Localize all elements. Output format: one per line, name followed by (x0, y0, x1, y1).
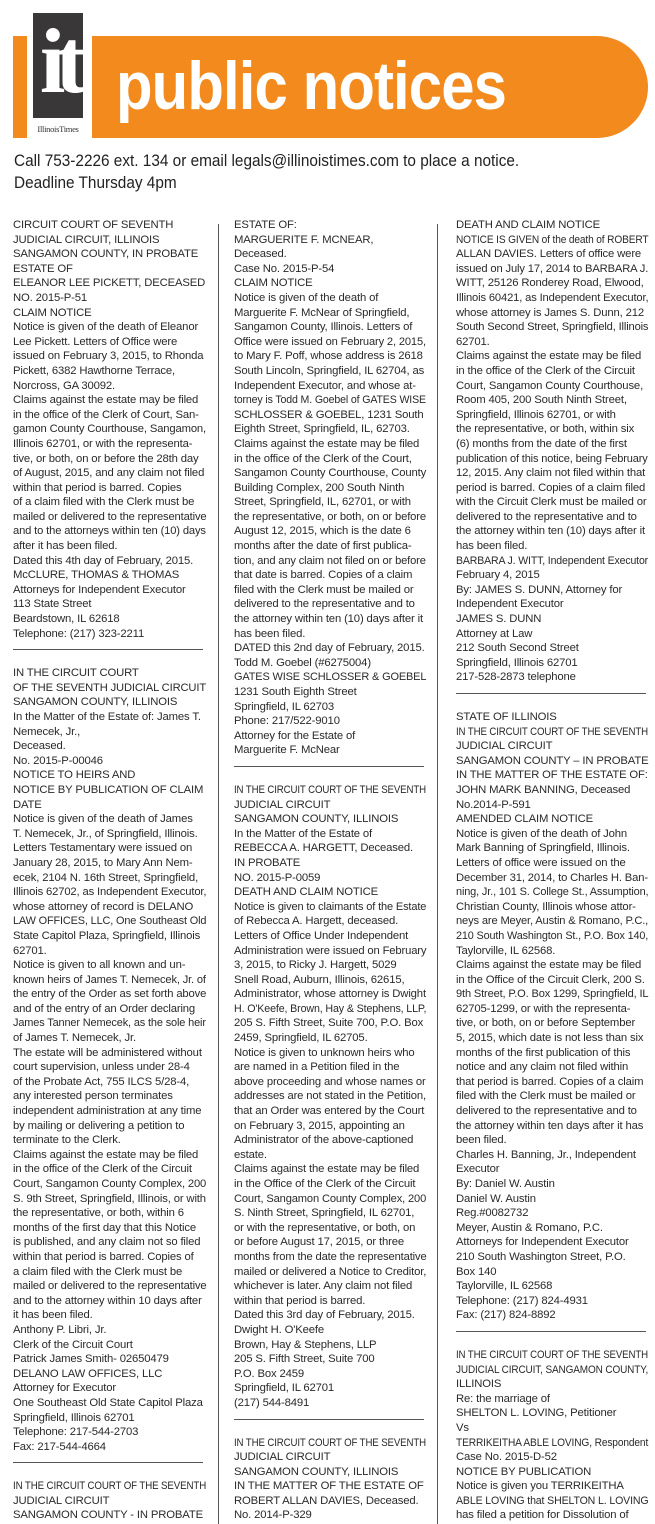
notice-line: 217-528-2873 telephone (456, 670, 648, 685)
notice-line: 210 South Washington St., P.O. Box 140, (456, 929, 640, 944)
legal-notice: STATE OF ILLINOISIN THE CIRCUIT COURT OF… (456, 710, 648, 1323)
legal-notice: CIRCUIT COURT OF SEVENTHJUDICIAL CIRCUIT… (13, 218, 206, 641)
notice-line: James Tanner Nemecek, as the sole heir (13, 1016, 200, 1031)
notice-line: Brown, Hay & Stephens, LLP (234, 1338, 426, 1353)
notice-line: DATED this 2nd day of February, 2015. (234, 641, 426, 656)
notice-separator (234, 1419, 424, 1420)
notice-line: mailed or delivered a Notice to Creditor… (234, 1265, 426, 1280)
notice-line: JUDICIAL CIRCUIT, SANGAMON COUNTY, (456, 1363, 626, 1378)
notice-line: Case No. 2015-P-54 (234, 262, 426, 277)
notice-line: IN THE CIRCUIT COURT (13, 666, 206, 681)
masthead: it IllinoisTimes public notices (0, 0, 655, 140)
notice-line: in the office of the Clerk of the Circui… (13, 1162, 206, 1177)
notice-line: in the Office of the Clerk of the Circui… (234, 1177, 426, 1192)
notice-line: H. O'Keefe, Brown, Hay & Stephens, LLP, (234, 1002, 416, 1017)
notice-line: TERRIKEITHA ABLE LOVING, Respondent (456, 1436, 629, 1451)
notice-separator (456, 693, 646, 694)
notice-line: In the Matter of the Estate of: James T. (13, 710, 206, 725)
notice-line: JUDICIAL CIRCUIT (13, 1494, 206, 1509)
notice-line: WITT, 25126 Ronderey Road, Elwood, (456, 276, 648, 291)
notice-line: IN THE CIRCUIT COURT OF THE SEVENTH (234, 1436, 399, 1451)
notice-line: of Rebecca A. Hargett, deceased. (234, 914, 426, 929)
notice-line: has been filed. (456, 539, 648, 554)
notice-line: known heirs of James T. Nemecek, Jr. of (13, 973, 202, 988)
notice-line: No.2014-P-591 (456, 798, 648, 813)
notice-line: Norcross, GA 30092. (13, 379, 206, 394)
notice-line: delivered to the representative and to (234, 597, 426, 612)
notice-line: 113 State Street (13, 597, 206, 612)
notice-line: Claims against the estate may be filed (456, 958, 648, 973)
notice-line: CLAIM NOTICE (234, 276, 426, 291)
notice-line: REBECCA A. HARGETT, Deceased. (234, 841, 426, 856)
notice-line: Attorneys for Independent Executor (13, 583, 206, 598)
notice-line: Eighth Street, Springfield, IL, 62703. (234, 422, 426, 437)
notice-line: ecek, 2104 N. 16th Street, Springfield, (13, 871, 206, 886)
notice-line: in the office of the Clerk of the Circui… (456, 364, 648, 379)
notice-line: Taylorville, IL 62568. (456, 944, 648, 959)
notice-line: Letters of office were issued on the (456, 856, 648, 871)
notice-line: Claims against the estate may be filed (13, 393, 206, 408)
notice-line: South Lincoln, Springfield, IL 62704, as (234, 364, 426, 379)
notice-line: JUDICIAL CIRCUIT, ILLINOIS (13, 233, 206, 248)
notice-line: Springfield, IL 62703 (234, 700, 426, 715)
notice-line: 205 S. Fifth Street, Suite 700 (234, 1352, 426, 1367)
notice-line: (6) months from the date of the first (456, 437, 648, 452)
notice-separator (13, 1462, 203, 1463)
notice-line: SANGAMON COUNTY, ILLINOIS (13, 695, 206, 710)
notice-line: Office were issued on February 2, 2015, (234, 335, 423, 350)
notice-line: it has been filed. (13, 1308, 206, 1323)
notice-line: Case No. 2015-D-52 (456, 1450, 648, 1465)
notice-line: Patrick James Smith- 02650479 (13, 1352, 206, 1367)
notice-line: GATES WISE SCHLOSSER & GOEBEL (234, 670, 420, 685)
notice-line: Snell Road, Auburn, Illinois, 62615, (234, 973, 426, 988)
notice-line: Lee Pickett. Letters of Office were (13, 335, 206, 350)
notice-line: Taylorville, IL 62568 (456, 1279, 648, 1294)
notice-line: a claim filed with the Clerk must be (13, 1265, 206, 1280)
notice-line: T. Nemecek, Jr., of Springfield, Illinoi… (13, 827, 206, 842)
notice-line: Charles H. Banning, Jr., Independent (456, 1148, 648, 1163)
notice-line: has been filed. (234, 627, 426, 642)
notice-line: the attorney within ten (10) days after … (456, 524, 648, 539)
notice-line: been filed. (456, 1133, 648, 1148)
notice-line: By: JAMES S. DUNN, Attorney for (456, 583, 648, 598)
notice-line: Letters Testamentary were issued on (13, 841, 206, 856)
notice-line: 12, 2015. Any claim not filed within tha… (456, 466, 648, 481)
notice-line: delivered to the representative and to (456, 1104, 648, 1119)
notice-line: Attorney at Law (456, 627, 648, 642)
notice-line: months from the date the representative (234, 1250, 424, 1265)
notice-line: No. 2015-P-00046 (13, 754, 206, 769)
notice-line: January 28, 2015, to Mary Ann Nem- (13, 856, 206, 871)
notice-line: mailed or delivered to the representativ… (13, 1279, 204, 1294)
notice-line: NOTICE IS GIVEN of the death of ROBERT (456, 233, 628, 248)
column-divider (437, 224, 438, 1524)
notice-line: Anthony P. Libri, Jr. (13, 1323, 206, 1338)
notice-line: addresses are not stated in the Petition… (234, 1089, 425, 1104)
deadline-line: Deadline Thursday 4pm (14, 172, 609, 194)
notice-line: above proceeding and whose names or (234, 1075, 425, 1090)
notice-line: with the Circuit Clerk must be mailed or (456, 495, 648, 510)
notice-line: within that period is barred. Copies (13, 481, 206, 496)
notice-line: that an Order was entered by the Court (234, 1104, 426, 1119)
logo-it-mark: it (33, 13, 83, 118)
notice-line: Executor (456, 1162, 648, 1177)
notice-separator (13, 649, 203, 650)
notice-line: months of the first day that this Notice (13, 1221, 206, 1236)
notice-line: DEATH AND CLAIM NOTICE (456, 218, 648, 233)
notice-line: IN THE MATTER OF THE ESTATE OF: (456, 768, 647, 783)
notice-line: SANGAMON COUNTY, IN PROBATE (13, 247, 206, 262)
notice-line: Notice is given of the death of John (456, 827, 648, 842)
notice-line: Notice is given of the death of Eleanor (13, 320, 206, 335)
notice-line: Phone: 217/522-9010 (234, 714, 426, 729)
notice-line: NOTICE TO HEIRS AND (13, 768, 206, 783)
notice-line: No. 2014-P-329 (234, 1508, 426, 1523)
column-2: ESTATE OF:MARGUERITE F. MCNEAR,Deceased.… (234, 218, 426, 1524)
notice-line: to Mary F. Poff, whose address is 2618 (234, 349, 426, 364)
notice-line: Administrator of the above-captioned (234, 1133, 426, 1148)
notice-line: Mark Banning of Springfield, Illinois. (456, 841, 648, 856)
notice-line: by mailing or delivering a petition to (13, 1119, 206, 1134)
notice-line: the representative, or both, within 6 (13, 1206, 206, 1221)
notice-line: Springfield, IL 62701 (234, 1381, 426, 1396)
notice-line: filed with the Clerk must be mailed or (456, 1089, 648, 1104)
notice-line: Attorney for the Estate of (234, 729, 426, 744)
notice-line: independent administration at any time (13, 1104, 206, 1119)
notice-line: 5, 2015, which date is not less than six (456, 1031, 648, 1046)
notice-line: Christian County, Illinois whose attor- (456, 900, 648, 915)
notice-line: Independent Executor (456, 597, 648, 612)
notice-line: Notice is given you TERRIKEITHA (456, 1479, 648, 1494)
notice-line: State Capitol Plaza, Springfield, Illino… (13, 929, 206, 944)
notice-line: OF THE SEVENTH JUDICIAL CIRCUIT (13, 681, 204, 696)
notice-line: in the office of the Clerk of the Court, (234, 452, 426, 467)
column-1: CIRCUIT COURT OF SEVENTHJUDICIAL CIRCUIT… (13, 218, 206, 1524)
notice-line: neys are Meyer, Austin & Romano, P.C., (456, 914, 645, 929)
notice-line: SANGAMON COUNTY – IN PROBATE (456, 754, 648, 769)
notice-line: SANGAMON COUNTY, ILLINOIS (234, 812, 426, 827)
notice-line: NO. 2015-P-51 (13, 291, 206, 306)
legal-notice: IN THE CIRCUIT COURT OF THE SEVENTHJUDIC… (234, 783, 426, 1411)
notice-line: 3, 2015, to Ricky J. Hargett, 5029 (234, 958, 426, 973)
notice-line: MARGUERITE F. MCNEAR, (234, 233, 426, 248)
notice-line: notice and any claim not filed within (456, 1060, 648, 1075)
notice-line: of August, 2015, and any claim not filed (13, 466, 206, 481)
notice-line: publication of this notice, being Februa… (456, 452, 643, 467)
notice-line: Deceased. (234, 247, 426, 262)
notice-line: or before August 17, 2015, or three (234, 1235, 426, 1250)
notice-line: 62705-1299, or with the representa- (456, 1002, 648, 1017)
notice-line: that date is barred. Copies of a claim (234, 568, 426, 583)
legal-notice: DEATH AND CLAIM NOTICENOTICE IS GIVEN of… (456, 218, 648, 685)
notice-line: S. Ninth Street, Springfield, IL 62701, (234, 1206, 426, 1221)
column-3: DEATH AND CLAIM NOTICENOTICE IS GIVEN of… (456, 218, 648, 1524)
notice-line: DELANO LAW OFFICES, LLC (13, 1367, 206, 1382)
notice-line: Claims against the estate may be filed (456, 349, 648, 364)
notice-line: SANGAMON COUNTY - IN PROBATE (13, 1508, 206, 1523)
notice-line: or with the representative, or both, on (234, 1221, 426, 1236)
notice-line: that period is barred. Copies of a claim (456, 1075, 648, 1090)
notice-line: and to the attorneys within ten (10) day… (13, 524, 204, 539)
notice-line: IN THE CIRCUIT COURT OF THE SEVENTH (456, 725, 621, 740)
legal-notice: ESTATE OF:MARGUERITE F. MCNEAR,Deceased.… (234, 218, 426, 758)
notice-line: December 31, 2014, to Charles H. Ban- (456, 871, 647, 886)
notice-line: CLAIM NOTICE (13, 306, 206, 321)
notice-line: 62701. (13, 944, 206, 959)
notice-line: South Second Street, Springfield, Illino… (456, 320, 645, 335)
notice-line: SANGAMON COUNTY, ILLINOIS (234, 1465, 426, 1480)
legal-notice: IN THE CIRCUIT COURTOF THE SEVENTH JUDIC… (13, 666, 206, 1454)
notice-line: Building Complex, 200 South Ninth (234, 481, 426, 496)
notice-line: Court, Sangamon County Courthouse, (456, 379, 648, 394)
notice-line: in the office of the Clerk of Court, San… (13, 408, 206, 423)
notice-line: Room 405, 200 South Ninth Street, (456, 393, 648, 408)
notice-line: Beardstown, IL 62618 (13, 612, 206, 627)
notice-line: SCHLOSSER & GOEBEL, 1231 South (234, 408, 426, 423)
notice-line: Telephone: 217-544-2703 (13, 1425, 206, 1440)
notice-line: whose attorney of record is DELANO (13, 900, 206, 915)
notice-line: months after the date of first publica- (234, 539, 426, 554)
notice-line: Claims against the estate may be filed (234, 437, 426, 452)
notice-line: Vs (456, 1421, 648, 1436)
notice-line: (217) 544-8491 (234, 1396, 426, 1411)
notice-line: of a claim filed with the Clerk must be (13, 495, 206, 510)
notice-line: AMENDED CLAIM NOTICE (456, 812, 648, 827)
notice-line: issued on February 3, 2015, to Rhonda (13, 349, 206, 364)
notice-line: Illinois 62701, or with the representa- (13, 437, 206, 452)
notice-line: Notice is given of the death of (234, 291, 426, 306)
notice-line: McCLURE, THOMAS & THOMAS (13, 568, 206, 583)
notice-line: DEATH AND CLAIM NOTICE (234, 885, 426, 900)
notice-line: Fax: (217) 824-8892 (456, 1308, 648, 1323)
notice-line: ning, Jr., 101 S. College St., Assumptio… (456, 885, 642, 900)
notice-line: tive, or both, on or before September (456, 1016, 648, 1031)
notice-line: Independent Executor, and whose at- (234, 379, 426, 394)
notice-line: ALLAN DAVIES. Letters of office were (456, 247, 648, 262)
notice-line: and to the attorney within 10 days after (13, 1294, 206, 1309)
notice-line: after it has been filed. (13, 539, 206, 554)
legal-notice: IN THE CIRCUIT COURT OF THE SEVENTHJUDIC… (13, 1479, 206, 1523)
notice-line: BARBARA J. WITT, Independent Executor (456, 554, 635, 569)
notice-line: NOTICE BY PUBLICATION (456, 1465, 648, 1480)
notice-line: Clerk of the Circuit Court (13, 1338, 206, 1353)
notice-line: ESTATE OF (13, 262, 206, 277)
notice-line: Court, Sangamon County Complex, 200 (234, 1192, 423, 1207)
notice-line: Notice is given to unknown heirs who (234, 1046, 426, 1061)
notice-line: Springfield, Illinois 62701, or with (456, 408, 648, 423)
notice-line: IN THE MATTER OF THE ESTATE OF (234, 1479, 426, 1494)
notice-line: the attorney within ten (10) days after … (234, 612, 426, 627)
notice-line: Claims against the estate may be filed (234, 1162, 426, 1177)
notice-line: Attorney for Executor (13, 1381, 206, 1396)
notice-line: Notice is given to all known and un- (13, 958, 206, 973)
notice-line: Dated this 3rd day of February, 2015. (234, 1308, 426, 1323)
notice-line: ABLE LOVING that SHELTON L. LOVING (456, 1494, 636, 1509)
notice-line: Attorneys for Independent Executor (456, 1235, 648, 1250)
notice-line: P.O. Box 2459 (234, 1367, 426, 1382)
notice-line: the entry of the Order as set forth abov… (13, 987, 205, 1002)
notice-line: Nemecek, Jr., (13, 725, 206, 740)
notice-line: S. 9th Street, Springfield, Illinois, or… (13, 1192, 206, 1207)
notice-line: August 12, 2015, which is the date 6 (234, 524, 426, 539)
notice-line: Pickett, 6382 Hawthorne Terrace, (13, 364, 206, 379)
notice-line: Street, Springfield, IL, 62701, or with (234, 495, 426, 510)
notice-line: STATE OF ILLINOIS (456, 710, 648, 725)
notice-line: Court, Sangamon County Complex, 200 (13, 1177, 204, 1192)
notice-line: 210 South Washington Street, P.O. (456, 1250, 648, 1265)
notice-line: tion, and any claim not filed on or befo… (234, 554, 423, 569)
notice-line: IN PROBATE (234, 856, 426, 871)
notice-line: Administration were issued on February (234, 944, 425, 959)
contact-info: Call 753-2226 ext. 134 or email legals@i… (14, 150, 609, 194)
notice-line: SHELTON L. LOVING, Petitioner (456, 1406, 648, 1421)
notice-line: within that period is barred. Copies of (13, 1250, 206, 1265)
column-divider (218, 224, 219, 1524)
notice-line: terminate to the Clerk. (13, 1133, 206, 1148)
notice-line: Box 140 (456, 1265, 648, 1280)
notice-line: Notice is given to claimants of the Esta… (234, 900, 421, 915)
notice-line: are named in a Petition filed in the (234, 1060, 426, 1075)
notice-line: 62701. (456, 335, 648, 350)
notice-line: Sangamon County, Illinois. Letters of (234, 320, 426, 335)
notice-line: the representative, or both, on or befor… (234, 510, 425, 525)
notice-line: 205 S. Fifth Street, Suite 700, P.O. Box (234, 1016, 426, 1031)
notice-line: IN THE CIRCUIT COURT OF THE SEVENTH (13, 1479, 179, 1494)
notice-line: mailed or delivered to the representativ… (13, 510, 204, 525)
notice-line: Meyer, Austin & Romano, P.C. (456, 1221, 648, 1236)
notice-line: tive, or both, on or before the 28th day (13, 452, 206, 467)
contact-line: Call 753-2226 ext. 134 or email legals@i… (14, 150, 609, 172)
notice-line: within that period is barred. (234, 1294, 426, 1309)
notice-line: is published, and any claim not so filed (13, 1235, 206, 1250)
notice-line: Deceased. (13, 739, 206, 754)
notice-line: JUDICIAL CIRCUIT (456, 739, 648, 754)
notice-line: Daniel W. Austin (456, 1192, 648, 1207)
notice-line: JAMES S. DUNN (456, 612, 648, 627)
notices-columns: CIRCUIT COURT OF SEVENTHJUDICIAL CIRCUIT… (0, 218, 655, 1524)
notice-line: Dwight H. O'Keefe (234, 1323, 426, 1338)
notice-line: Notice is given of the death of James (13, 812, 206, 827)
logo-wordmark: IllinoisTimes (30, 124, 86, 134)
notice-line: IN THE CIRCUIT COURT OF THE SEVENTH (234, 783, 399, 798)
notice-line: One Southeast Old State Capitol Plaza (13, 1396, 206, 1411)
notice-line: Marguerite F. McNear of Springfield, (234, 306, 426, 321)
notice-line: period is barred. Copies of a claim file… (456, 481, 648, 496)
notice-line: Sangamon County Courthouse, County (234, 466, 426, 481)
notice-line: 212 South Second Street (456, 641, 648, 656)
legal-notice: IN THE CIRCUIT COURT OF THE SEVENTHJUDIC… (234, 1436, 426, 1524)
notice-line: LAW OFFICES, LLC, One Southeast Old (13, 914, 199, 929)
notice-line: ROBERT ALLAN DAVIES, Deceased. (234, 1494, 426, 1509)
notice-line: ESTATE OF: (234, 218, 426, 233)
notice-line: Re: the marriage of (456, 1392, 648, 1407)
notice-line: The estate will be administered without (13, 1046, 206, 1061)
notice-line: Marguerite F. McNear (234, 743, 426, 758)
logo-accent-bar (13, 36, 27, 138)
notice-line: ILLINOIS (456, 1377, 648, 1392)
notice-line: months of the first publication of this (456, 1046, 648, 1061)
page-title: public notices (116, 46, 506, 126)
notice-line: court supervision, unless under 28-4 (13, 1060, 206, 1075)
notice-line: Fax: 217-544-4664 (13, 1440, 206, 1455)
notice-line: JUDICIAL CIRCUIT (234, 798, 426, 813)
notice-line: of the Probate Act, 755 ILCS 5/28-4, (13, 1075, 206, 1090)
notice-line: Springfield, Illinois 62701 (456, 656, 648, 671)
notice-line: 2459, Springfield, IL 62705. (234, 1031, 426, 1046)
notice-line: DATE (13, 798, 206, 813)
notice-line: 1231 South Eighth Street (234, 685, 426, 700)
notice-line: Claims against the estate may be filed (13, 1148, 206, 1163)
notice-line: torney is Todd M. Goebel of GATES WISE (234, 393, 414, 408)
notice-line: any interested person terminates (13, 1089, 206, 1104)
notice-line: in the Office of the Circuit Clerk, 200 … (456, 973, 648, 988)
notice-line: and of the entry of an Order declaring (13, 1002, 206, 1017)
notice-line: has filed a petition for Dissolution of (456, 1508, 648, 1523)
notice-line: Todd M. Goebel (#6275004) (234, 656, 426, 671)
notice-line: estate. (234, 1148, 426, 1163)
notice-line: In the Matter of the Estate of (234, 827, 426, 842)
notice-line: February 4, 2015 (456, 568, 648, 583)
notice-line: NOTICE BY PUBLICATION OF CLAIM (13, 783, 206, 798)
notice-line: Administrator, whose attorney is Dwight (234, 987, 426, 1002)
notice-line: JUDICIAL CIRCUIT (234, 1450, 426, 1465)
notice-line: Letters of Office Under Independent (234, 929, 426, 944)
notice-line: of James T. Nemecek, Jr. (13, 1031, 206, 1046)
notice-line: JOHN MARK BANNING, Deceased (456, 783, 648, 798)
notice-line: Illinois 60421, as Independent Executor, (456, 291, 646, 306)
notice-line: CIRCUIT COURT OF SEVENTH (13, 218, 206, 233)
notice-line: 9th Street, P.O. Box 1299, Springfield, … (456, 987, 644, 1002)
notice-line: Springfield, Illinois 62701 (13, 1411, 206, 1426)
notice-line: Reg.#0082732 (456, 1206, 648, 1221)
notice-line: issued on July 17, 2014 to BARBARA J. (456, 262, 646, 277)
notice-line: Telephone: (217) 323-2211 (13, 627, 206, 642)
notice-separator (234, 766, 424, 767)
legal-notice: IN THE CIRCUIT COURT OF THE SEVENTHJUDIC… (456, 1348, 648, 1523)
notice-line: Dated this 4th day of February, 2015. (13, 554, 206, 569)
notice-line: Telephone: (217) 824-4931 (456, 1294, 648, 1309)
notice-line: By: Daniel W. Austin (456, 1177, 648, 1192)
notice-line: filed with the Clerk must be mailed or (234, 583, 426, 598)
notice-line: gamon County Courthouse, Sangamon, (13, 422, 205, 437)
notice-line: on February 3, 2015, appointing an (234, 1119, 426, 1134)
notice-line: IN THE CIRCUIT COURT OF THE SEVENTH (456, 1348, 621, 1363)
notice-line: NO. 2015-P-0059 (234, 871, 426, 886)
notice-line: Illinois 62702, as Independent Executor, (13, 885, 205, 900)
notice-separator (456, 1331, 646, 1332)
notice-line: ELEANOR LEE PICKETT, DECEASED (13, 276, 206, 291)
notice-line: whose attorney is James S. Dunn, 212 (456, 306, 648, 321)
notice-line: the attorney within ten days after it ha… (456, 1119, 648, 1134)
notice-line: the representative, or both, within six (456, 422, 648, 437)
notice-line: whichever is later. Any claim not filed (234, 1279, 426, 1294)
notice-line: delivered to the representative and to (456, 510, 648, 525)
